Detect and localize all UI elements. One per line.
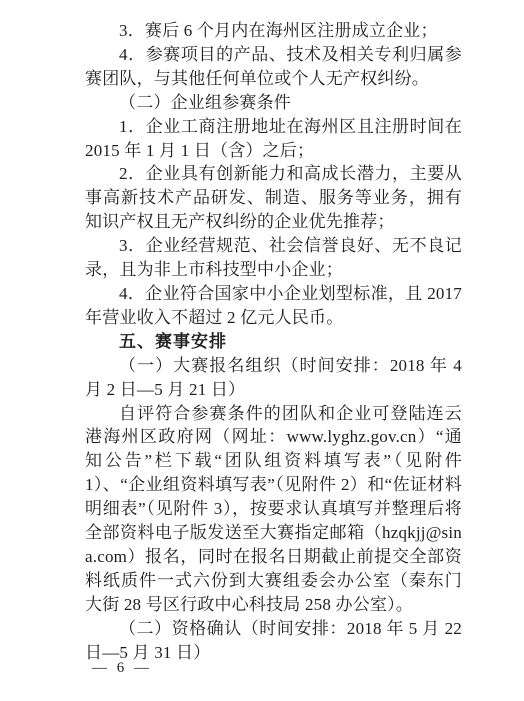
enterprise-condition-item-3: 3．企业经营规范、社会信誉良好、无不良记录，且为非上市科技型中小企业； (85, 234, 462, 282)
subheading-registration: （一）大赛报名组织（时间安排：2018 年 4 月 2 日—5 月 21 日） (85, 354, 462, 402)
team-condition-item-4: 4．参赛项目的产品、技术及相关专利归属参赛团队，与其他任何单位或个人无产权纠纷。 (85, 43, 462, 91)
document-body: 3．赛后 6 个月内在海州区注册成立企业； 4．参赛项目的产品、技术及相关专利归… (85, 19, 462, 664)
enterprise-condition-item-2: 2．企业具有创新能力和高成长潜力，主要从事高新技术产品研发、制造、服务等业务，拥… (85, 162, 462, 234)
subheading-enterprise-conditions: （二）企业组参赛条件 (85, 91, 462, 115)
subheading-qualification-confirm: （二）资格确认（时间安排：2018 年 5 月 22 日—5 月 31 日） (85, 617, 462, 665)
enterprise-condition-item-1: 1．企业工商注册地址在海州区且注册时间在 2015 年 1 月 1 日（含）之后… (85, 115, 462, 163)
document-page: 3．赛后 6 个月内在海州区注册成立企业； 4．参赛项目的产品、技术及相关专利归… (0, 0, 524, 701)
page-number: — 6 — (92, 660, 152, 677)
section-heading-event-schedule: 五、赛事安排 (85, 330, 462, 354)
team-condition-item-3: 3．赛后 6 个月内在海州区注册成立企业； (85, 19, 462, 43)
enterprise-condition-item-4: 4．企业符合国家中小企业划型标准，且 2017 年营业收入不超过 2 亿元人民币… (85, 282, 462, 330)
paragraph-registration-details: 自评符合参赛条件的团队和企业可登陆连云港海州区政府网（网址：www.lyghz.… (85, 402, 462, 617)
